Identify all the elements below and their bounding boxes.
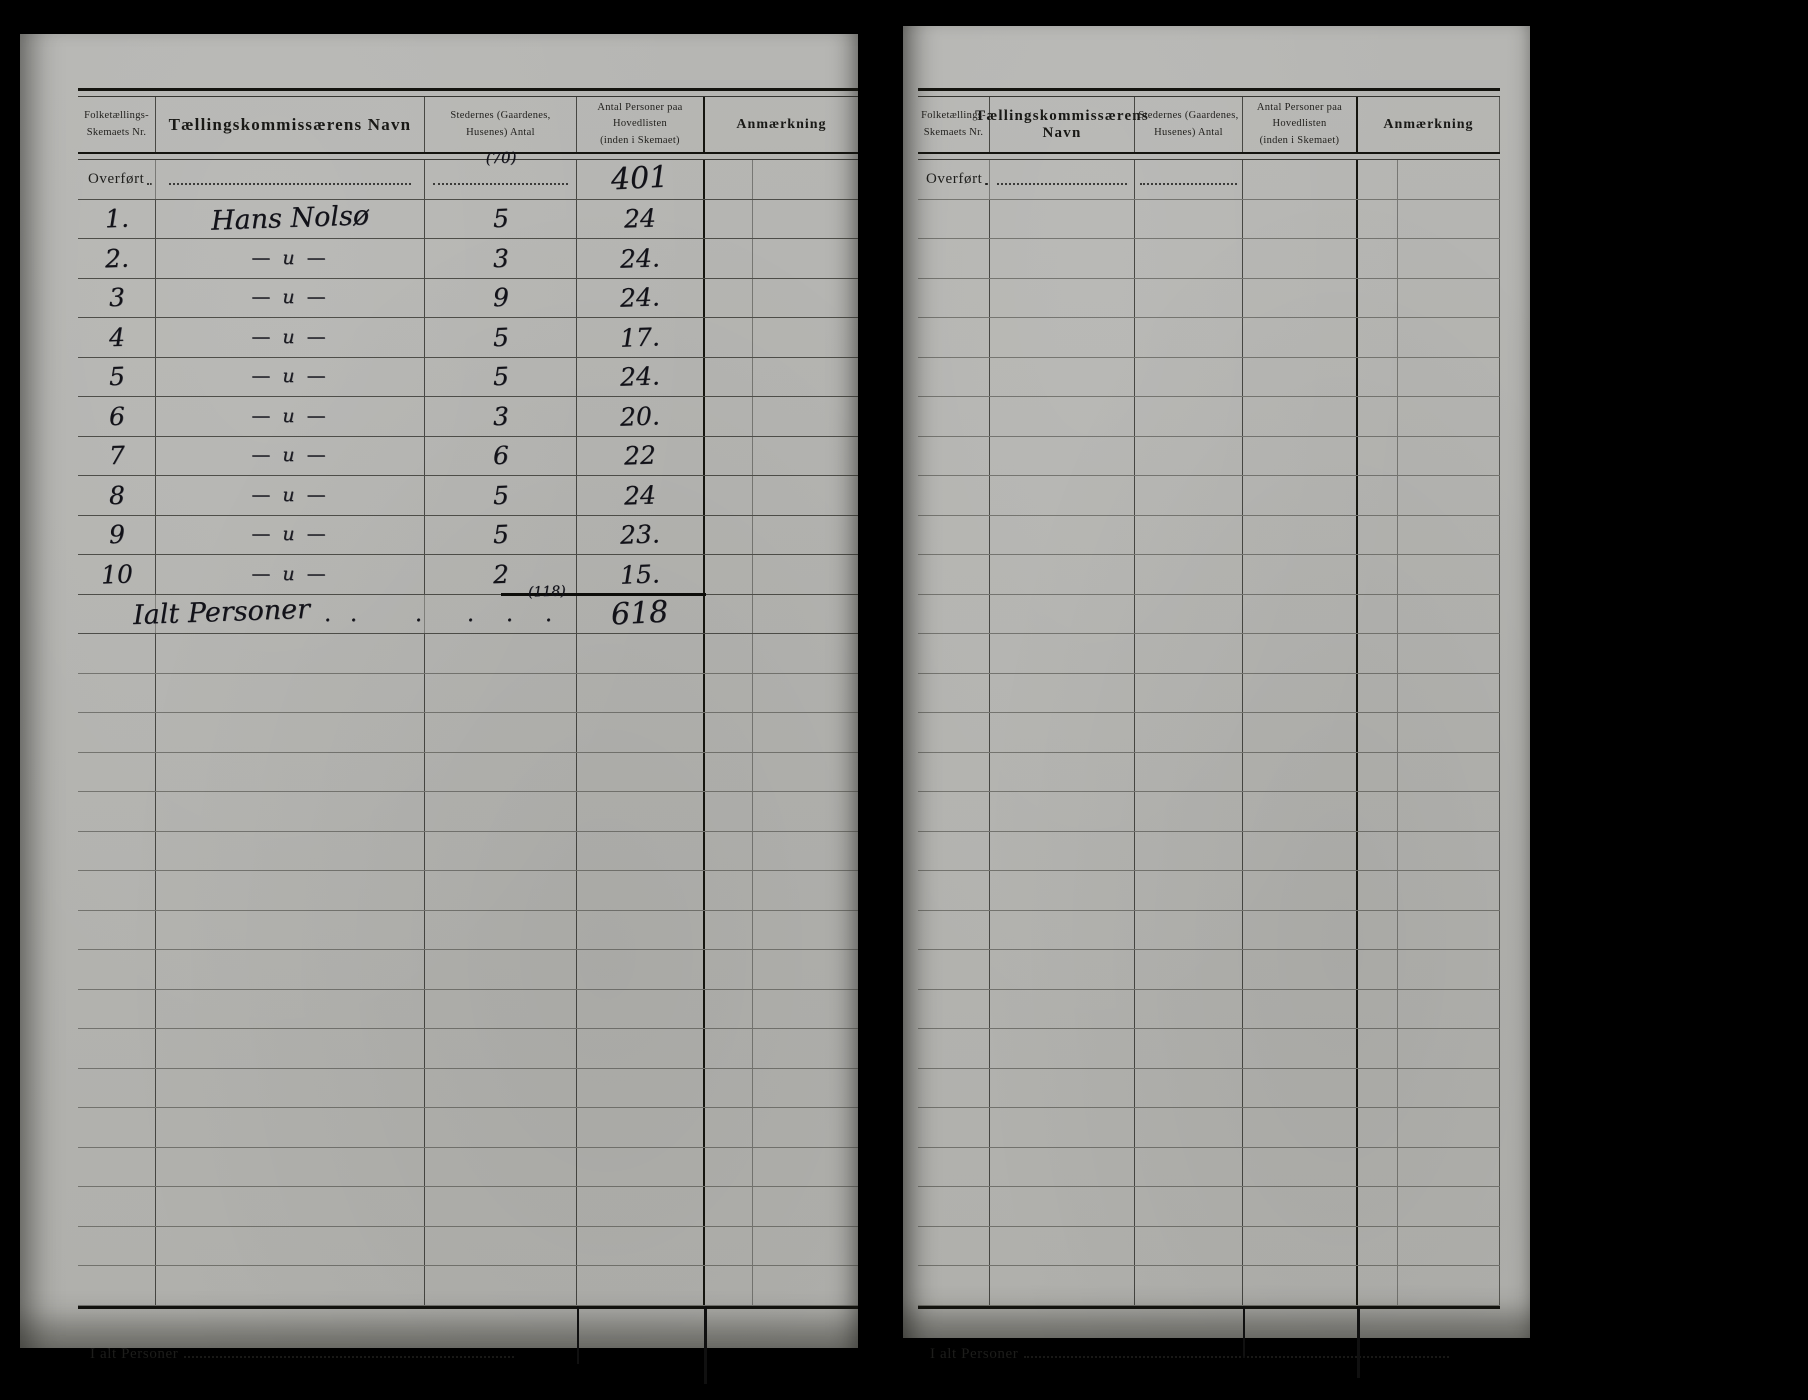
- persons-count: 24: [624, 482, 657, 508]
- schema-number: 9: [108, 522, 125, 548]
- empty-cell: [1398, 595, 1500, 634]
- ditto-mark: — u —: [251, 565, 328, 584]
- header-antal-line3: (inden i Skemaet): [600, 135, 680, 146]
- empty-cell: [990, 555, 1135, 594]
- empty-cell: [705, 1148, 753, 1187]
- empty-cell: [990, 476, 1135, 515]
- places-count: 2: [492, 561, 509, 587]
- empty-cell: [705, 911, 753, 950]
- table-row: 7 — u — 6 22: [78, 437, 858, 477]
- empty-cell: [78, 1227, 156, 1266]
- persons-count: 24: [624, 206, 657, 232]
- empty-cell: [1358, 1148, 1398, 1187]
- table-row-blank: [78, 871, 858, 911]
- empty-cell: [156, 634, 425, 673]
- empty-cell: [577, 1029, 705, 1068]
- column-tick: [1243, 1306, 1245, 1358]
- overfort-label: Overført: [88, 171, 144, 188]
- table-row-blank: [918, 871, 1500, 911]
- table-row-blank: [918, 1069, 1500, 1109]
- empty-cell: [918, 1069, 990, 1108]
- empty-cell: [577, 792, 705, 831]
- empty-cell: [918, 516, 990, 555]
- empty-cell: [1243, 713, 1358, 752]
- table-row-blank: [918, 200, 1500, 240]
- header-steder-line2: Husenes) Antal: [1154, 127, 1223, 138]
- empty-cell: [1358, 634, 1398, 673]
- table-row-blank: [78, 1029, 858, 1069]
- empty-cell: [1398, 634, 1500, 673]
- table-top-rule: [918, 88, 1500, 97]
- empty-cell: [1135, 397, 1243, 436]
- empty-cell: [1135, 792, 1243, 831]
- empty-cell: [425, 1266, 577, 1305]
- empty-cell: [1398, 1187, 1500, 1226]
- table-row-overfort: Overført (70) 401: [78, 160, 858, 200]
- header-nr-line2: Skemaets Nr.: [87, 127, 147, 138]
- table-row-blank: [918, 476, 1500, 516]
- empty-cell: [156, 792, 425, 831]
- table-row-blank: [918, 792, 1500, 832]
- empty-cell: [425, 871, 577, 910]
- empty-cell: [918, 358, 990, 397]
- header-steder-line2: Husenes) Antal: [466, 127, 535, 138]
- empty-cell: [425, 713, 577, 752]
- empty-cell: [1358, 753, 1398, 792]
- census-table-left: Folketællings- Skemaets Nr. Tællingskomm…: [78, 88, 858, 1363]
- table-row-blank: [78, 950, 858, 990]
- empty-cell: [156, 753, 425, 792]
- empty-cell: [918, 1187, 990, 1226]
- empty-cell: [990, 516, 1135, 555]
- dotted-leader: [147, 183, 152, 185]
- empty-cell: [990, 1029, 1135, 1068]
- empty-cell: [1358, 1069, 1398, 1108]
- table-row-blank: [918, 990, 1500, 1030]
- table-row-blank: [918, 674, 1500, 714]
- empty-cell: [1243, 634, 1358, 673]
- empty-cell: [1243, 1069, 1358, 1108]
- places-count: 6: [492, 443, 509, 469]
- empty-cell: [990, 713, 1135, 752]
- table-row-blank: [78, 832, 858, 872]
- empty-cell: [990, 792, 1135, 831]
- persons-count: 15.: [620, 561, 661, 587]
- empty-cell: [753, 1227, 858, 1266]
- empty-cell: [705, 1227, 753, 1266]
- table-row-overfort: Overført: [918, 160, 1500, 200]
- empty-cell: [990, 1069, 1135, 1108]
- empty-cell: [577, 832, 705, 871]
- table-row-blank: [918, 950, 1500, 990]
- header-antal-line3: (inden i Skemaet): [1260, 135, 1340, 146]
- overfort-label: Overført: [926, 171, 982, 188]
- empty-cell: [990, 1266, 1135, 1305]
- places-count: 3: [492, 245, 509, 271]
- dotted-leader: [433, 183, 569, 185]
- dotted-leader: [169, 183, 410, 185]
- empty-cell: [990, 1148, 1135, 1187]
- empty-cell: [156, 911, 425, 950]
- empty-cell: [1358, 713, 1398, 752]
- empty-cell: [753, 1069, 858, 1108]
- empty-cell: [1243, 753, 1358, 792]
- empty-cell: [1243, 950, 1358, 989]
- table-row-blank: [78, 634, 858, 674]
- empty-cell: [156, 1029, 425, 1068]
- empty-cell: [1358, 476, 1398, 515]
- empty-cell: [1358, 397, 1398, 436]
- empty-cell: [705, 792, 753, 831]
- empty-cell: [918, 990, 990, 1029]
- empty-cell: [577, 1108, 705, 1147]
- empty-cell: [1243, 832, 1358, 871]
- empty-cell: [918, 239, 990, 278]
- empty-cell: [918, 753, 990, 792]
- empty-cell: [990, 674, 1135, 713]
- empty-cell: [1398, 318, 1500, 357]
- column-tick-bold: [704, 1306, 707, 1384]
- schema-number: 5: [108, 364, 125, 390]
- empty-cell: [1135, 1069, 1243, 1108]
- empty-cell: [990, 990, 1135, 1029]
- empty-cell: [918, 555, 990, 594]
- places-count: 5: [492, 522, 509, 548]
- empty-cell: [918, 437, 990, 476]
- empty-cell: [156, 950, 425, 989]
- empty-cell: [1398, 713, 1500, 752]
- empty-cell: [705, 1069, 753, 1108]
- empty-cell: [990, 595, 1135, 634]
- empty-cell: [1358, 200, 1398, 239]
- empty-cell: [78, 1187, 156, 1226]
- table-row-blank: [918, 832, 1500, 872]
- empty-cell: [78, 1069, 156, 1108]
- table-header-row: Folketællings- Skemaets Nr. Tællingskomm…: [918, 97, 1500, 152]
- empty-cell: [705, 1108, 753, 1147]
- table-row-blank: [78, 1266, 858, 1306]
- empty-cell: [78, 634, 156, 673]
- empty-cell: [1135, 1108, 1243, 1147]
- empty-cell: [577, 634, 705, 673]
- ditto-mark: — u —: [251, 407, 328, 426]
- column-header-steder: Stedernes (Gaardenes, Husenes) Antal: [425, 97, 577, 152]
- empty-cell: [1358, 239, 1398, 278]
- empty-cell: [1135, 871, 1243, 910]
- empty-cell: [78, 1029, 156, 1068]
- empty-cell: [918, 1029, 990, 1068]
- empty-cell: [753, 1108, 858, 1147]
- places-count: 5: [492, 482, 509, 508]
- empty-cell: [1398, 358, 1500, 397]
- empty-cell: [705, 832, 753, 871]
- empty-cell: [425, 674, 577, 713]
- table-row-blank: [918, 397, 1500, 437]
- empty-cell: [918, 279, 990, 318]
- empty-cell: [1358, 871, 1398, 910]
- table-row-blank: [78, 1108, 858, 1148]
- empty-cell: [990, 871, 1135, 910]
- commissioner-name: Hans Nolsø: [211, 202, 370, 235]
- empty-cell: [705, 713, 753, 752]
- total-places-note: (118): [528, 584, 566, 599]
- empty-cell: [1398, 1148, 1500, 1187]
- header-nr-line1: Folketællings-: [84, 110, 149, 121]
- table-row-blank: [78, 713, 858, 753]
- census-table-right: Folketællings- Skemaets Nr. Tællingskomm…: [918, 88, 1500, 1363]
- empty-cell: [78, 1108, 156, 1147]
- table-row: 8 — u — 5 24: [78, 476, 858, 516]
- schema-number: 4: [108, 324, 125, 350]
- empty-cell: [78, 674, 156, 713]
- empty-cell: [425, 832, 577, 871]
- table-row-blank: [918, 358, 1500, 398]
- empty-cell: [1135, 555, 1243, 594]
- ledger-page-left: Folketællings- Skemaets Nr. Tællingskomm…: [20, 34, 858, 1348]
- ditto-mark: — u —: [251, 446, 328, 465]
- ditto-mark: — u —: [251, 288, 328, 307]
- empty-cell: [1243, 1029, 1358, 1068]
- empty-cell: [1358, 990, 1398, 1029]
- empty-cell: [990, 832, 1135, 871]
- empty-cell: [753, 753, 858, 792]
- empty-cell: [1358, 1187, 1398, 1226]
- empty-cell: [1398, 279, 1500, 318]
- schema-number: 10: [100, 561, 133, 587]
- header-antal-line2: Hovedlisten: [613, 118, 667, 129]
- empty-cell: [705, 1187, 753, 1226]
- table-row: 3 — u — 9 24.: [78, 279, 858, 319]
- table-row-blank: [918, 1148, 1500, 1188]
- empty-cell: [1398, 516, 1500, 555]
- empty-cell: [1243, 397, 1358, 436]
- table-row-blank: [918, 911, 1500, 951]
- table-row-blank: [918, 634, 1500, 674]
- empty-cell: [1358, 279, 1398, 318]
- empty-cell: [990, 753, 1135, 792]
- empty-cell: [705, 1266, 753, 1305]
- empty-cell: [753, 832, 858, 871]
- ditto-mark: — u —: [251, 525, 328, 544]
- footer-label: I alt Personer: [90, 1346, 178, 1363]
- empty-cell: [1243, 871, 1358, 910]
- empty-cell: [1135, 239, 1243, 278]
- empty-cell: [918, 871, 990, 910]
- empty-cell: [1135, 437, 1243, 476]
- empty-cell: [1243, 1187, 1358, 1226]
- table-row-blank: [918, 1029, 1500, 1069]
- empty-cell: [1135, 1227, 1243, 1266]
- persons-count: 23.: [620, 522, 661, 548]
- table-header-row: Folketællings- Skemaets Nr. Tællingskomm…: [78, 97, 858, 152]
- empty-cell: [1243, 476, 1358, 515]
- table-row-blank: [918, 516, 1500, 556]
- table-row-blank: [918, 555, 1500, 595]
- column-header-steder: Stedernes (Gaardenes, Husenes) Antal: [1135, 97, 1243, 152]
- empty-cell: [918, 832, 990, 871]
- empty-cell: [753, 1148, 858, 1187]
- ditto-mark: — u —: [251, 486, 328, 505]
- empty-cell: [1358, 516, 1398, 555]
- empty-cell: [1243, 911, 1358, 950]
- persons-count: 22: [624, 443, 657, 469]
- places-count: 5: [492, 206, 509, 232]
- empty-cell: [1358, 950, 1398, 989]
- empty-cell: [78, 753, 156, 792]
- column-header-anmaerkning: Anmærkning: [1358, 97, 1500, 152]
- empty-cell: [753, 634, 858, 673]
- empty-cell: [156, 1266, 425, 1305]
- column-header-antal: Antal Personer paa Hovedlisten (inden i …: [577, 97, 705, 152]
- empty-cell: [78, 792, 156, 831]
- places-count: 3: [492, 403, 509, 429]
- empty-cell: [918, 1108, 990, 1147]
- empty-cell: [1243, 792, 1358, 831]
- column-header-navn: Tællingskommissærens Navn: [156, 97, 425, 152]
- persons-count: 24.: [620, 364, 661, 390]
- empty-cell: [425, 1029, 577, 1068]
- empty-cell: [705, 1029, 753, 1068]
- empty-cell: [1398, 437, 1500, 476]
- empty-cell: [577, 990, 705, 1029]
- carried-over-persons: 401: [611, 163, 670, 196]
- empty-cell: [1135, 674, 1243, 713]
- empty-cell: [156, 1187, 425, 1226]
- table-row-blank: [918, 239, 1500, 279]
- empty-cell: [1243, 358, 1358, 397]
- empty-cell: [753, 911, 858, 950]
- empty-cell: [990, 1187, 1135, 1226]
- column-header-navn: Tællingskommissærens Navn: [990, 97, 1135, 152]
- empty-cell: [1243, 990, 1358, 1029]
- empty-cell: [990, 950, 1135, 989]
- empty-cell: [918, 397, 990, 436]
- total-persons: 618: [611, 597, 670, 630]
- empty-cell: [425, 1108, 577, 1147]
- empty-cell: [1135, 911, 1243, 950]
- places-count: 9: [492, 285, 509, 311]
- table-row-blank: [78, 753, 858, 793]
- header-antal-line2: Hovedlisten: [1272, 118, 1326, 129]
- empty-cell: [1135, 200, 1243, 239]
- persons-count: 24.: [620, 285, 661, 311]
- ditto-mark: — u —: [251, 328, 328, 347]
- column-header-anmaerkning: Anmærkning: [705, 97, 858, 152]
- empty-cell: [753, 674, 858, 713]
- empty-cell: [705, 990, 753, 1029]
- empty-cell: [918, 200, 990, 239]
- empty-cell: [425, 1187, 577, 1226]
- empty-cell: [577, 1069, 705, 1108]
- schema-number: 1.: [104, 206, 129, 232]
- dotted-leader: [1140, 183, 1236, 185]
- empty-cell: [990, 634, 1135, 673]
- empty-cell: [1135, 990, 1243, 1029]
- column-header-antal: Antal Personer paa Hovedlisten (inden i …: [1243, 97, 1358, 152]
- empty-cell: [1243, 674, 1358, 713]
- table-body-left: Overført (70) 401 1. Hans Nolsø 5 24: [78, 160, 858, 1306]
- empty-cell: [78, 832, 156, 871]
- table-row-blank: [918, 753, 1500, 793]
- table-row-blank: [918, 1108, 1500, 1148]
- table-row-blank: [78, 1148, 858, 1188]
- empty-cell: [990, 239, 1135, 278]
- dotted-leader: [985, 183, 986, 185]
- empty-cell: [918, 634, 990, 673]
- empty-cell: [990, 358, 1135, 397]
- empty-cell: [1135, 476, 1243, 515]
- empty-cell: [577, 1148, 705, 1187]
- empty-cell: [1243, 200, 1358, 239]
- empty-cell: [918, 1227, 990, 1266]
- empty-cell: [156, 1069, 425, 1108]
- table-row: 9 — u — 5 23.: [78, 516, 858, 556]
- empty-cell: [753, 990, 858, 1029]
- total-label: Ialt Personer: [133, 595, 311, 628]
- empty-cell: [990, 1108, 1135, 1147]
- table-row-blank: [918, 595, 1500, 635]
- empty-cell: [577, 911, 705, 950]
- empty-cell: [1135, 358, 1243, 397]
- empty-cell: [1358, 358, 1398, 397]
- table-body-right: Overført: [918, 160, 1500, 1306]
- empty-cell: [577, 713, 705, 752]
- empty-cell: [990, 397, 1135, 436]
- ledger-page-right: Folketællings- Skemaets Nr. Tællingskomm…: [903, 26, 1530, 1338]
- schema-number: 6: [108, 403, 125, 429]
- empty-cell: [1135, 753, 1243, 792]
- empty-cell: [1398, 1069, 1500, 1108]
- empty-cell: [1358, 1029, 1398, 1068]
- empty-cell: [425, 911, 577, 950]
- empty-cell: [78, 911, 156, 950]
- empty-cell: [1358, 595, 1398, 634]
- empty-cell: [1398, 871, 1500, 910]
- empty-cell: [1135, 713, 1243, 752]
- empty-cell: [1243, 318, 1358, 357]
- table-row-blank: [918, 1266, 1500, 1306]
- empty-cell: [753, 950, 858, 989]
- empty-cell: [990, 437, 1135, 476]
- empty-cell: [577, 753, 705, 792]
- empty-cell: [1135, 279, 1243, 318]
- empty-cell: [1398, 1029, 1500, 1068]
- empty-cell: [1135, 516, 1243, 555]
- empty-cell: [425, 1148, 577, 1187]
- empty-cell: [425, 950, 577, 989]
- empty-cell: [577, 871, 705, 910]
- empty-cell: [918, 674, 990, 713]
- header-antal-line1: Antal Personer paa: [1257, 102, 1342, 113]
- empty-cell: [705, 674, 753, 713]
- persons-count: 17.: [620, 324, 661, 350]
- empty-cell: [78, 1148, 156, 1187]
- empty-cell: [1398, 1108, 1500, 1147]
- empty-cell: [990, 1227, 1135, 1266]
- table-row: 1. Hans Nolsø 5 24: [78, 200, 858, 240]
- empty-cell: [1398, 397, 1500, 436]
- table-footer-right: I alt Personer: [918, 1309, 1500, 1363]
- empty-cell: [990, 911, 1135, 950]
- empty-cell: [1358, 437, 1398, 476]
- table-top-rule: [78, 88, 858, 97]
- schema-number: 2.: [104, 245, 129, 271]
- empty-cell: [1358, 1227, 1398, 1266]
- empty-cell: [1398, 990, 1500, 1029]
- header-antal-line1: Antal Personer paa: [597, 102, 682, 113]
- empty-cell: [990, 200, 1135, 239]
- footer-label: I alt Personer: [930, 1346, 1018, 1363]
